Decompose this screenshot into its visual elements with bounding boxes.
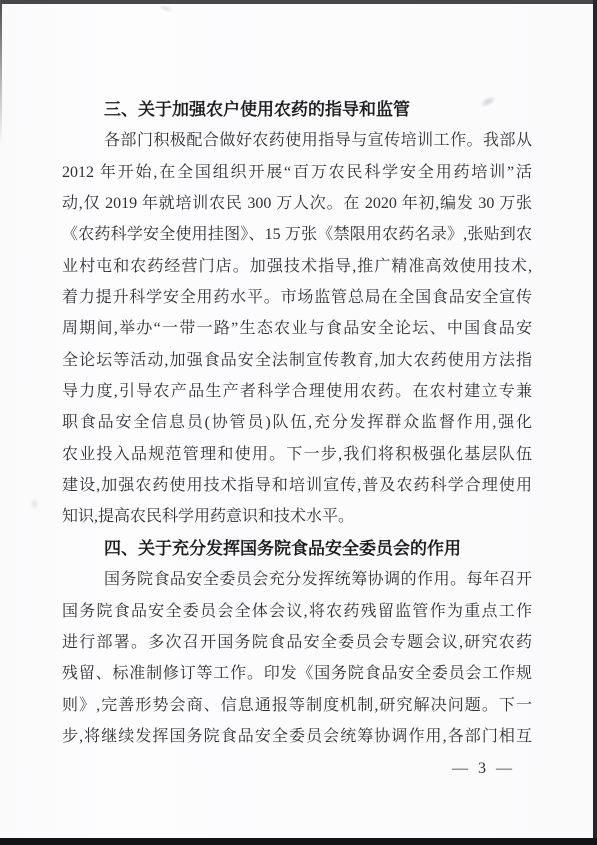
text-line: 知识,提高农民科学用药意识和技术水平。 [62, 501, 532, 532]
text-line: 职食品安全信息员(协管员)队伍,充分发挥群众监督作用,强化 [62, 407, 532, 438]
scan-artifact-top-edge [0, 0, 597, 4]
text-line: 2012 年开始,在全国组织开展“百万农民科学安全用药培训”活 [62, 157, 532, 188]
scan-artifact-bottom-edge [0, 838, 597, 845]
scanned-document-page: 三、关于加强农户使用农药的指导和监管各部门积极配合做好农药使用指导与宣传培训工作… [0, 0, 597, 845]
text-line: 国务院食品安全委员会全体会议,将农药残留监管作为重点工作 [62, 596, 532, 627]
scan-smudge [30, 498, 39, 510]
text-line: 残留、标准制修订等工作。印发《国务院食品安全委员会工作规 [62, 658, 532, 689]
text-line: 周期间,举办“一带一路”生态农业与食品安全论坛、中国食品安 [62, 313, 532, 344]
scan-artifact-left-edge [0, 0, 2, 145]
text-line: 进行部署。多次召开国务院食品安全委员会专题会议,研究农药 [62, 627, 532, 658]
text-line: 全论坛等活动,加强食品安全法制宣传教育,加大农药使用方法指 [62, 345, 532, 376]
text-line: 各部门积极配合做好农药使用指导与宣传培训工作。我部从 [62, 125, 532, 156]
text-line: 则》,完善形势会商、信息通报等制度机制,研究解决问题。下一 [62, 690, 532, 721]
text-line: 动,仅 2019 年就培训农民 300 万人次。在 2020 年初,编发 30 … [62, 188, 532, 219]
document-body: 三、关于加强农户使用农药的指导和监管各部门积极配合做好农药使用指导与宣传培训工作… [62, 94, 532, 752]
text-line: 农业投入品规范管理和使用。下一步,我们将积极强化基层队伍 [62, 439, 532, 470]
page-number: — 3 — [0, 753, 597, 784]
text-line: 步,将继续发挥国务院食品安全委员会统筹协调作用,各部门相互 [62, 721, 532, 752]
text-line: 着力提升科学安全用药水平。市场监管总局在全国食品安全宣传 [62, 282, 532, 313]
text-line: 国务院食品安全委员会充分发挥统筹协调的作用。每年召开 [62, 564, 532, 595]
text-line: 建设,加强农药使用技术指导和培训宣传,普及农药科学合理使用 [62, 470, 532, 501]
text-line: 《农药科学安全使用挂图》、15 万张《禁限用农药名录》,张贴到农 [62, 219, 532, 250]
section-heading: 四、关于充分发挥国务院食品安全委员会的作用 [62, 533, 532, 564]
text-line: 导力度,引导农产品生产者科学合理使用农药。在农村建立专兼 [62, 376, 532, 407]
section-heading: 三、关于加强农户使用农药的指导和监管 [62, 94, 532, 125]
text-line: 业村屯和农药经营门店。加强技术指导,推广精准高效使用技术, [62, 251, 532, 282]
scan-artifact-right-edge [593, 0, 597, 845]
scan-smudge [157, 2, 174, 14]
